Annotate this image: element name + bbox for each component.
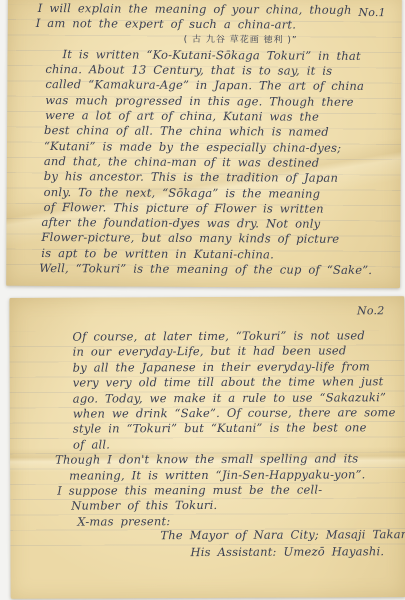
handwritten-line: in our everyday-Life, but it had been us… <box>73 344 396 361</box>
page1-body: I will explain the meaning of your china… <box>34 1 391 279</box>
handwritten-line: called “Kamakura-Age” in Japan. The art … <box>45 78 390 95</box>
letter-page-1: No.1 I will explain the meaning of your … <box>6 0 402 288</box>
handwritten-line: I am not the expert of such a china-art. <box>36 16 391 33</box>
scanned-letter: No.1 I will explain the meaning of your … <box>0 0 405 600</box>
handwritten-line: Flower-picture, but also many kinds of p… <box>41 230 389 247</box>
handwritten-line: Though I don't know the small spelling a… <box>55 451 396 468</box>
page-number: No.2 <box>357 304 384 317</box>
letter-page-2: No.2 Of course, at later time, “Tokuri” … <box>9 296 405 599</box>
handwritten-line: Number of this Tokuri. <box>71 497 396 514</box>
handwritten-line: of all. <box>73 436 396 453</box>
handwritten-line: by his ancestor. This is the tradition o… <box>44 169 390 186</box>
signature-line-assistant: His Assistant: Umezō Hayashi. <box>190 543 405 560</box>
handwritten-line: when we drink “Sake”. Of course, there a… <box>73 405 396 422</box>
handwritten-line: meaning, It is written “Jin-Sen-Happyaku… <box>69 467 396 484</box>
handwritten-line: ago. Today, we make it a rule to use “Sa… <box>73 390 396 407</box>
handwritten-line: I suppose this meaning must be the cell- <box>57 482 396 499</box>
handwritten-line: very very old time till about the time w… <box>73 374 396 391</box>
handwritten-line: Of course, at later time, “Tokuri” is no… <box>72 328 395 345</box>
handwritten-line: best china of all. The china which is na… <box>44 123 390 140</box>
handwritten-line: Well, “Tokuri” is the meaning of the cup… <box>39 261 389 278</box>
handwritten-line: style in “Tokuri” but “Kutani” is the be… <box>73 421 396 438</box>
kanji-annotation-line: ( 古 九谷 草花画 徳利 )” <box>91 32 391 49</box>
page2-body: Of course, at later time, “Tokuri” is no… <box>54 328 396 530</box>
signature-block: The Mayor of Nara City; Masaji Takamuku.… <box>10 526 405 561</box>
signature-line-mayor: The Mayor of Nara City; Masaji Takamuku. <box>160 526 405 544</box>
handwritten-line: by all the Japanese in their everyday-li… <box>73 359 396 376</box>
